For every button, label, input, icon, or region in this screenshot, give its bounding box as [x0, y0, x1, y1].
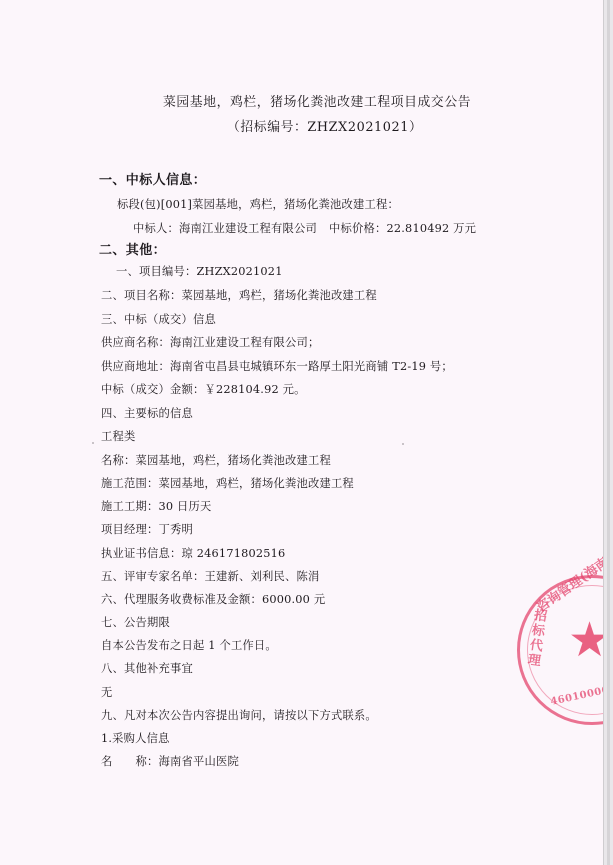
- supplier-name: 供应商名称：海南江业建设工程有限公司；: [101, 336, 319, 350]
- winning-price: 中标价格：22.810492 万元: [329, 222, 476, 236]
- document-title: 菜园基地，鸡栏，猪场化粪池改建工程项目成交公告: [163, 96, 471, 110]
- tender-number-subtitle: （招标编号：ZHZX2021021）: [227, 121, 422, 135]
- scan-speck: [402, 443, 404, 445]
- page-edge-line: [607, 0, 610, 865]
- supplementary-heading: 八、其他补充事宜: [101, 662, 193, 676]
- review-experts: 五、评审专家名单：王建新、刘利民、陈涓: [101, 570, 319, 584]
- scan-speck: [92, 442, 94, 444]
- official-red-seal: 咨询管理(海南 招标代理 ★ 460100000: [517, 575, 613, 725]
- contact-instruction: 九、凡对本次公告内容提出询问，请按以下方式联系。: [101, 709, 377, 723]
- award-info-heading: 三、中标（成交）信息: [101, 313, 216, 327]
- main-subject-heading: 四、主要标的信息: [101, 407, 193, 421]
- construction-period: 施工工期：30 日历天: [101, 500, 212, 514]
- notice-period: 自本公告发布之日起 1 个工作日。: [101, 639, 277, 653]
- engineering-category: 工程类: [101, 430, 136, 444]
- purchaser-name: 名 称：海南省平山医院: [101, 755, 239, 769]
- scanned-document-page: 菜园基地，鸡栏，猪场化粪池改建工程项目成交公告 （招标编号：ZHZX202102…: [0, 0, 604, 865]
- section-winner-heading: 一、中标人信息：: [99, 174, 206, 188]
- page-edge-strip: [603, 0, 613, 865]
- subject-name: 名称：菜园基地，鸡栏，猪场化粪池改建工程: [101, 454, 331, 468]
- section-other-heading: 二、其他：: [99, 244, 166, 258]
- notice-period-heading: 七、公告期限: [101, 616, 170, 630]
- license-info: 执业证书信息：琼 246171802516: [101, 547, 285, 561]
- award-amount: 中标（成交）金额：￥228104.92 元。: [101, 383, 306, 397]
- supplier-address: 供应商地址：海南省屯昌县屯城镇环东一路厚土阳光商铺 T2-19 号；: [101, 360, 453, 374]
- supplementary-none: 无: [101, 686, 113, 700]
- construction-scope: 施工范围：菜园基地，鸡栏，猪场化粪池改建工程: [101, 477, 354, 491]
- lot-line: 标段(包)[001]菜园基地，鸡栏，猪场化粪池改建工程：: [117, 198, 399, 212]
- project-manager: 项目经理：丁秀明: [101, 523, 193, 537]
- agency-fee: 六、代理服务收费标准及金额：6000.00 元: [101, 593, 325, 607]
- project-number: 一、项目编号：ZHZX2021021: [116, 265, 283, 279]
- purchaser-info-heading: 1.采购人信息: [101, 732, 170, 746]
- winner-name: 中标人：海南江业建设工程有限公司: [133, 222, 317, 236]
- project-name: 二、项目名称：菜园基地，鸡栏，猪场化粪池改建工程: [101, 289, 377, 303]
